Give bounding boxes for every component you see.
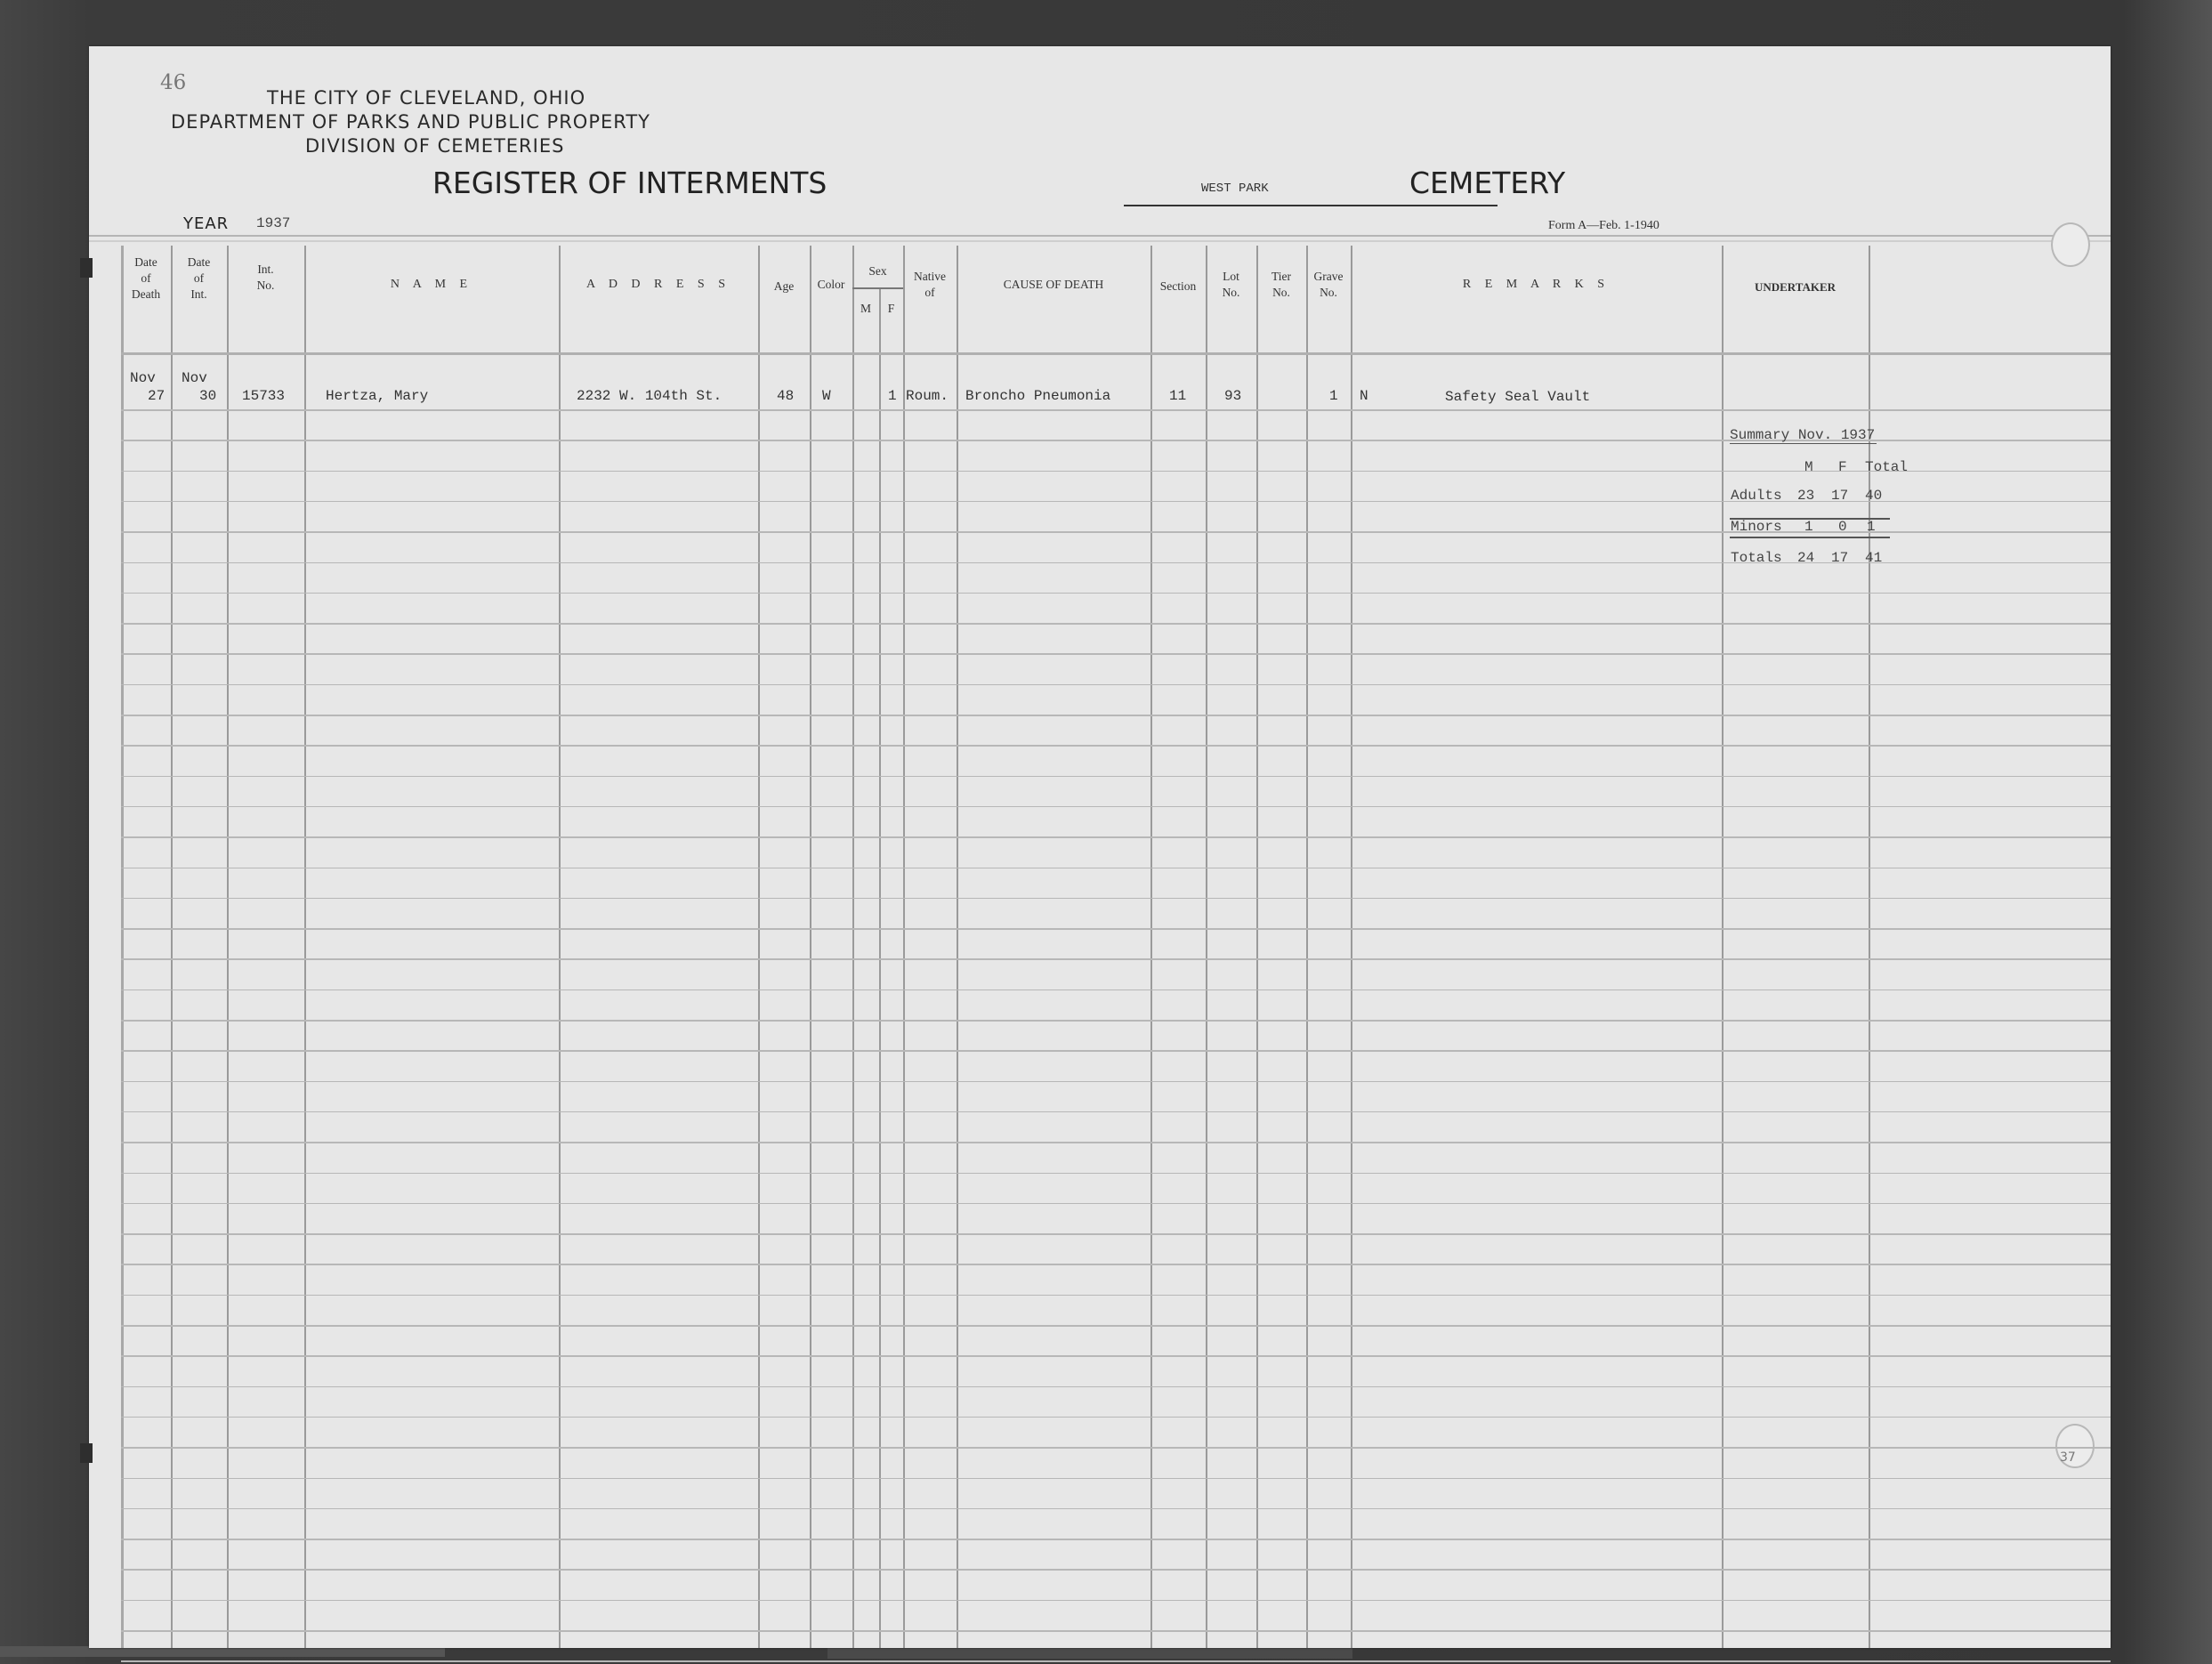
summary-underline: [1730, 537, 1890, 538]
row-rule: [121, 623, 2111, 625]
summary-minors-f: 0: [1838, 519, 1847, 535]
native-of: Roum.: [906, 388, 949, 404]
int-day: 30: [199, 388, 216, 404]
summary-totals-m: 24: [1797, 550, 1814, 566]
remarks: Safety Seal Vault: [1445, 389, 1590, 405]
grave-suffix: N: [1360, 388, 1368, 404]
page-title: REGISTER OF INTERMENTS: [432, 166, 827, 200]
column-rule: [227, 246, 229, 1648]
header-separator: [89, 235, 2111, 237]
row-rule: [121, 990, 2111, 991]
col-header-sex-f: F: [879, 301, 903, 317]
col-header-date-of-int: DateofInt.: [171, 254, 227, 303]
section: 11: [1169, 388, 1186, 404]
row-rule: [121, 1020, 2111, 1022]
row-rule: [121, 409, 2111, 411]
summary-header-f: F: [1838, 459, 1847, 475]
year-value: 1937: [256, 215, 290, 231]
summary-minors-total: 1: [1867, 519, 1876, 535]
column-rule: [1306, 246, 1308, 1648]
column-rule: [1150, 246, 1152, 1648]
row-rule: [121, 806, 2111, 808]
summary-header-m: M: [1804, 459, 1813, 475]
column-rule: [1206, 246, 1207, 1648]
row-rule: [121, 1142, 2111, 1143]
column-rule: [1351, 246, 1352, 1648]
row-rule: [121, 1173, 2111, 1175]
row-rule: [121, 1355, 2111, 1357]
col-header-sex-m: M: [852, 301, 879, 317]
row-rule: [121, 745, 2111, 747]
register-table: DateofDeath DateofInt. Int.No. N A M E A…: [89, 246, 2111, 1648]
cemetery-label: CEMETERY: [1409, 166, 1565, 200]
row-rule: [121, 958, 2111, 960]
cemetery-name-value: WEST PARK: [1201, 182, 1269, 196]
col-header-undertaker: UNDERTAKER: [1722, 279, 1869, 295]
summary-adults-total: 40: [1865, 488, 1882, 504]
col-header-grave-no: GraveNo.: [1306, 269, 1351, 301]
summary-adults-f: 17: [1831, 488, 1848, 504]
row-rule: [121, 836, 2111, 838]
header-department: DEPARTMENT OF PARKS AND PUBLIC PROPERTY: [171, 111, 650, 133]
page-number: 46: [160, 71, 186, 94]
summary-header-total: Total: [1865, 459, 1908, 475]
year-label: YEAR: [183, 214, 229, 233]
row-rule: [121, 593, 2111, 594]
int-month: Nov: [182, 370, 207, 386]
col-header-remarks: R E M A R K S: [1351, 277, 1722, 293]
column-rule: [1722, 246, 1724, 1648]
col-header-section: Section: [1150, 279, 1206, 295]
col-header-int-no: Int.No.: [227, 262, 304, 294]
summary-totals-f: 17: [1831, 550, 1848, 566]
column-rule: [852, 246, 854, 1648]
form-id: Form A—Feb. 1-1940: [1548, 219, 1659, 233]
col-header-age: Age: [758, 279, 810, 295]
row-rule: [121, 1569, 2111, 1571]
row-rule: [121, 715, 2111, 716]
name: Hertza, Mary: [326, 388, 428, 404]
sex-divider: [852, 287, 903, 289]
summary-adults-m: 23: [1797, 488, 1814, 504]
row-rule: [121, 1447, 2111, 1449]
column-rule: [810, 246, 811, 1648]
row-rule: [121, 1081, 2111, 1083]
address: 2232 W. 104th St.: [577, 388, 722, 404]
row-rule: [121, 1325, 2111, 1327]
row-rule: [121, 1508, 2111, 1510]
year-field: [230, 215, 383, 236]
summary-minors-m: 1: [1804, 519, 1813, 535]
col-header-name: N A M E: [304, 277, 559, 293]
death-day: 27: [148, 388, 165, 404]
col-header-date-of-death: DateofDeath: [121, 254, 171, 303]
row-rule: [121, 868, 2111, 869]
row-rule: [121, 1539, 2111, 1540]
row-rule: [121, 776, 2111, 778]
summary-adults-label: Adults: [1731, 488, 1782, 504]
col-header-native-of: Nativeof: [903, 269, 957, 301]
row-rule: [121, 1203, 2111, 1205]
register-page: 46 THE CITY OF CLEVELAND, OHIO DEPARTMEN…: [89, 46, 2111, 1648]
summary-title: Summary Nov. 1937: [1730, 427, 1877, 444]
header-city: THE CITY OF CLEVELAND, OHIO: [267, 87, 585, 109]
column-rule: [1869, 246, 1870, 1648]
summary-totals-total: 41: [1865, 550, 1882, 566]
row-rule: [121, 1050, 2111, 1052]
row-rule: [121, 653, 2111, 655]
col-header-color: Color: [810, 277, 852, 293]
row-rule: [121, 1264, 2111, 1265]
row-rule: [121, 1600, 2111, 1602]
summary-totals-label: Totals: [1731, 550, 1782, 566]
column-rule: [1256, 246, 1258, 1648]
row-rule: [121, 684, 2111, 686]
column-rule: [879, 287, 881, 1648]
column-rule: [171, 246, 173, 1648]
header-division: DIVISION OF CEMETERIES: [305, 135, 564, 157]
grave-no: 1: [1329, 388, 1338, 404]
header-separator: [89, 240, 2111, 242]
row-rule: [121, 898, 2111, 900]
column-rule: [559, 246, 561, 1648]
row-rule: [121, 1660, 2111, 1662]
age: 48: [777, 388, 794, 404]
cause-of-death: Broncho Pneumonia: [965, 388, 1110, 404]
row-rule: [121, 1386, 2111, 1388]
lot-no: 93: [1224, 388, 1241, 404]
film-edge: [827, 1648, 1352, 1659]
row-rule: [121, 1295, 2111, 1296]
int-no: 15733: [242, 388, 285, 404]
row-rule: [121, 1417, 2111, 1418]
row-rule: [121, 1111, 2111, 1113]
row-rule: [121, 1478, 2111, 1480]
color: W: [822, 388, 831, 404]
col-header-tier-no: TierNo.: [1256, 269, 1306, 301]
column-rule: [903, 246, 905, 1648]
column-rule: [304, 246, 306, 1648]
column-rule: [957, 246, 958, 1648]
row-rule: [121, 928, 2111, 930]
column-rule: [121, 246, 124, 1648]
column-rule: [758, 246, 760, 1648]
sex-f: 1: [888, 388, 897, 404]
header-rule: [121, 352, 2111, 355]
row-rule: [121, 1233, 2111, 1235]
summary-minors-label: Minors: [1731, 519, 1782, 535]
death-month: Nov: [130, 370, 156, 386]
row-rule: [121, 1630, 2111, 1632]
col-header-address: A D D R E S S: [559, 277, 758, 293]
col-header-sex: Sex: [852, 263, 903, 279]
col-header-lot-no: LotNo.: [1206, 269, 1256, 301]
col-header-cause-of-death: CAUSE OF DEATH: [957, 277, 1150, 293]
